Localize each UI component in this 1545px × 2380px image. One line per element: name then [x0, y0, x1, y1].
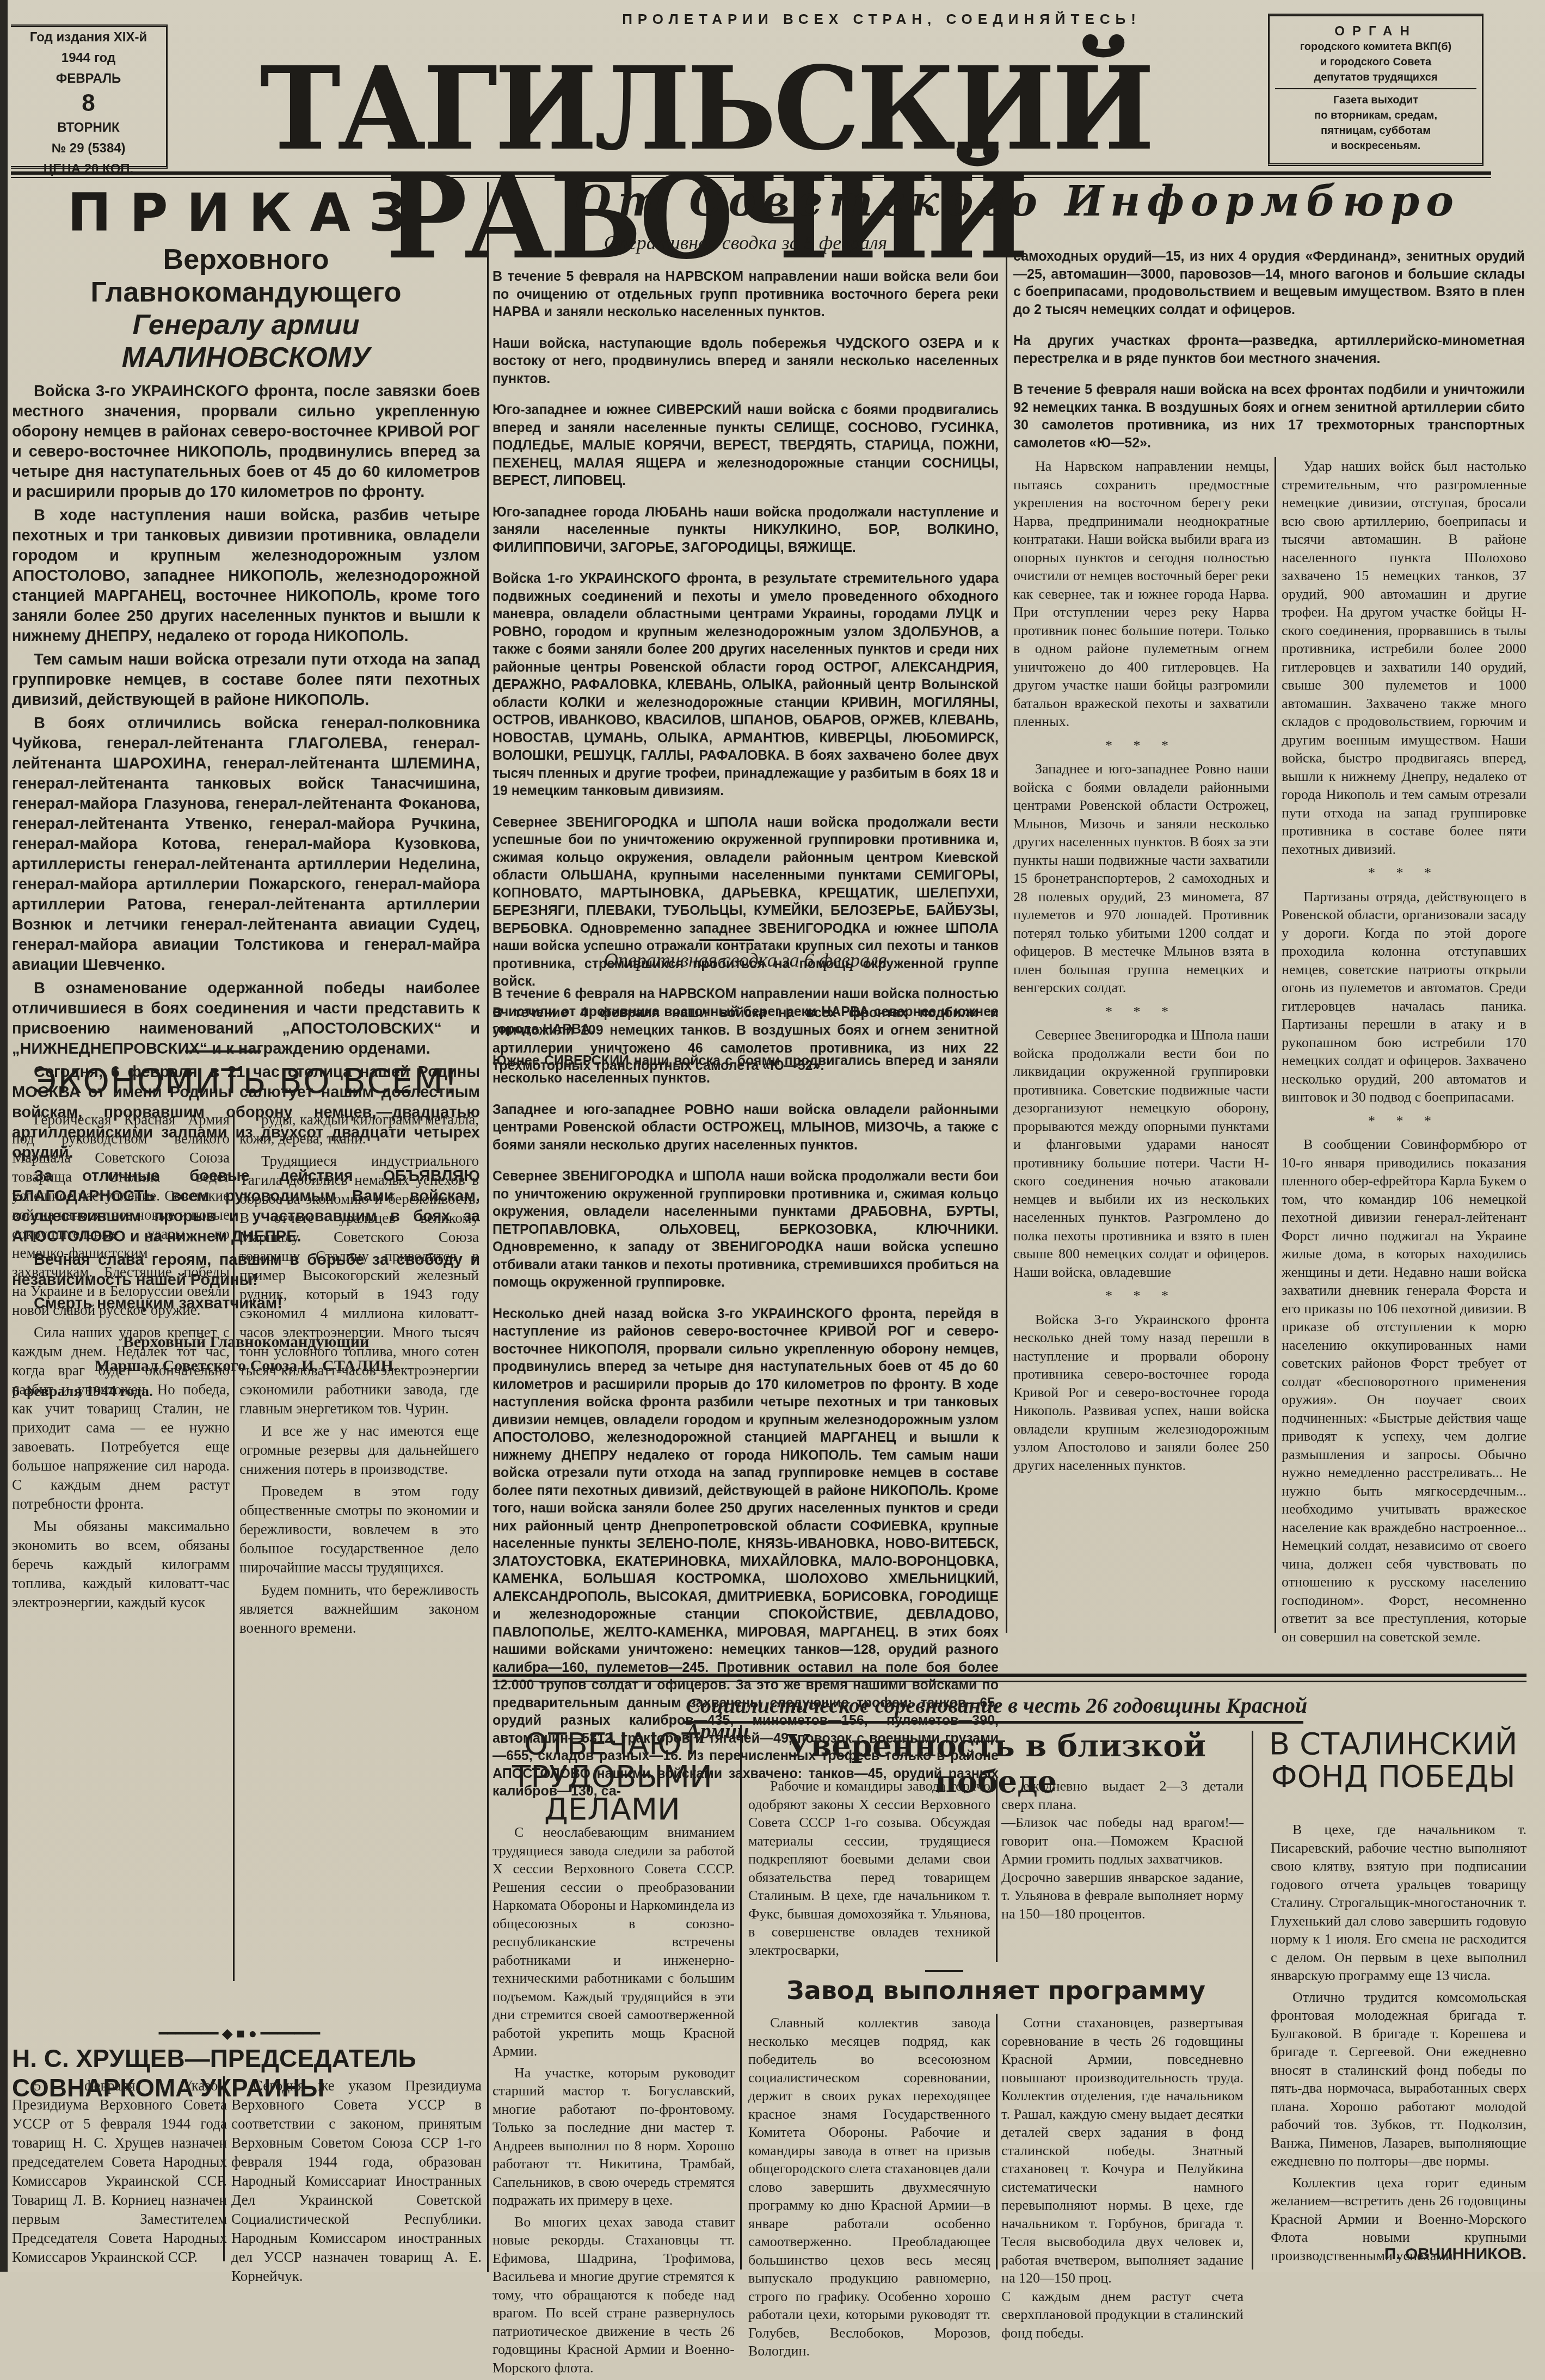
paragraph: Героическая Красная Армия под руководств… [12, 1110, 230, 1320]
paragraph: 5 февраля. Указом Президиума Верховного … [12, 2076, 227, 2267]
paragraph: Будем помнить, что бережливость является… [239, 1580, 479, 1638]
year-of-publication: Год издания XIX-й [11, 27, 166, 48]
confidence-column-1: Рабочие и командиры завода горячо одобря… [748, 1777, 990, 1963]
paragraph: Войска 3-го УКРАИНСКОГО фронта, после за… [12, 382, 480, 502]
fund-author: П. ОВЧИННИКОВ. [1271, 2245, 1526, 2264]
column-divider [1275, 457, 1276, 1633]
paragraph: С неослабевающим вниманием трудящиеся за… [493, 1823, 735, 2061]
binding-edge [0, 0, 8, 2272]
star-separator: * * * [1282, 864, 1526, 882]
summary-feb5-title: Оперативная сводка за 5 февраля [493, 231, 999, 254]
summary-feb5-continued: самоходных орудий—15, из них 4 орудия «Ф… [1013, 234, 1525, 465]
column-divider [223, 2076, 225, 2261]
right-column-b: Удар наших войск был настолько стремител… [1282, 457, 1526, 1649]
paragraph: Мы обязаны максимально экономить во всем… [12, 1517, 230, 1612]
column-divider [233, 1110, 235, 1981]
paragraph: На Нарвском направлении немцы, пытаясь с… [1013, 457, 1269, 731]
section-rule [493, 1674, 1526, 1677]
star-separator: * * * [1282, 1112, 1526, 1130]
organ-box: ОРГАН городского комитета ВКП(б) и город… [1268, 14, 1484, 166]
fund-body: В цехе, где начальником т. Писаревский, … [1271, 1821, 1526, 2268]
schedule-line: и воскресеньям. [1270, 138, 1482, 153]
answer-body: С неослабевающим вниманием трудящиеся за… [493, 1823, 735, 2272]
paragraph: Сила наших ударов крепнет с каждым днем.… [12, 1323, 230, 1514]
issue-number: № 29 (5384) [11, 138, 166, 159]
plant-column-1: Славный коллектив завода несколько месяц… [748, 2014, 990, 2272]
economy-heading: ЭКОНОМИТЬ ВО ВСЕМ! [12, 1061, 480, 1101]
issue-date-box: Год издания XIX-й 1944 год ФЕВРАЛЬ 8 ВТО… [11, 24, 168, 169]
day: 8 [11, 89, 166, 118]
paragraph: В течение 5 февраля на НАРВСКОМ направле… [493, 268, 999, 321]
weekday: ВТОРНИК [11, 118, 166, 138]
ornament-divider: ━━━━━━━ ◆ ■ ● ━━━━━━━ [131, 2026, 348, 2042]
paragraph: Сотни стахановцев, развертывая соревнова… [1001, 2014, 1244, 2272]
paragraph: В течение 5 февраля наши войска на всех … [1013, 381, 1525, 452]
paragraph: В сообщении Совинформбюро от 10-го январ… [1282, 1135, 1526, 1646]
fund-heading: В СТАЛИНСКИЙ ФОНД ПОБЕДЫ [1257, 1728, 1529, 1793]
paragraph: Южнее СИВЕРСКИЙ наши войска с боями прод… [493, 1052, 999, 1087]
paragraph: Отлично трудится комсомольская фронтовая… [1271, 1988, 1526, 2170]
paragraph: На участке, которым руководит старший ма… [493, 2064, 735, 2210]
paragraph: И все же у нас имеются еще огромные резе… [239, 1422, 479, 1479]
divider [699, 939, 754, 941]
schedule-line: Газета выходит [1270, 93, 1482, 108]
paragraph: самоходных орудий—15, из них 4 орудия «Ф… [1013, 248, 1525, 318]
newspaper-page: Год издания XIX-й 1944 год ФЕВРАЛЬ 8 ВТО… [0, 0, 1545, 2272]
year: 1944 год [11, 48, 166, 69]
star-separator: * * * [1013, 1003, 1269, 1021]
organ-line: депутатов трудящихся [1270, 70, 1482, 85]
paragraph: Во многих цехах завода ставит новые реко… [493, 2213, 735, 2272]
khrushchev-column-1: 5 февраля. Указом Президиума Верховного … [12, 2076, 227, 2270]
confidence-column-2: ежедневно выдает 2—3 детали сверх плана.… [1001, 1777, 1244, 1926]
column-divider [740, 1725, 742, 2270]
economy-column-2: руды, каждый килограмм металла, кожи, де… [239, 1110, 479, 1641]
paragraph: Западнее и юго-западнее РОВНО наши войск… [493, 1101, 999, 1154]
paragraph: Севернее Звенигородка и Шпола наши войск… [1013, 1026, 1269, 1281]
column-divider [1006, 234, 1007, 1633]
paragraph: Тем самым наши войска отрезали пути отхо… [12, 650, 480, 710]
paragraph: В ознаменование одержанной победы наибол… [12, 979, 480, 1059]
sovinformburo-heading: От Советского Информбюро [493, 177, 1543, 225]
paragraph: Юго-западнее города ЛЮБАНЬ наши войска п… [493, 503, 999, 557]
order-heading: ПРИКАЗ [12, 182, 480, 243]
answer-heading: ОТВЕЧАЮТ ТРУДОВЫМИ ДЕЛАМИ [493, 1728, 732, 1826]
schedule-line: пятницам, субботам [1270, 123, 1482, 138]
summary-feb6-body: В течение 6 февраля на НАРВСКОМ направле… [493, 985, 999, 1800]
motto: ПРОЛЕТАРИИ ВСЕХ СТРАН, СОЕДИНЯЙТЕСЬ! [582, 11, 1181, 28]
banner-underline [683, 1721, 1303, 1724]
order-subheading: Верховного Главнокомандующего [12, 243, 480, 309]
paragraph: Юго-западнее и южнее СИВЕРСКИЙ наши войс… [493, 401, 999, 490]
divider [185, 1050, 261, 1053]
paragraph: В течение 6 февраля на НАРВСКОМ направле… [493, 985, 999, 1038]
khrushchev-column-2: Сегодня же указом Президиума Верховного … [231, 2076, 482, 2272]
paragraph: Войска 3-го Украинского фронта несколько… [1013, 1311, 1269, 1475]
paragraph: В боях отличились войска генерал-полковн… [12, 714, 480, 975]
paragraph: Славный коллектив завода несколько месяц… [748, 2014, 990, 2272]
paragraph: Западнее и юго-западнее Ровно наши войск… [1013, 760, 1269, 997]
column-divider [996, 1777, 998, 1962]
paragraph: руды, каждый килограмм металла, кожи, де… [239, 1110, 479, 1148]
paragraph: На других участках фронта—разведка, арти… [1013, 332, 1525, 367]
summary-feb6: Оперативная сводка за 6 февраля В течени… [493, 939, 999, 1814]
economy-column-1: Героическая Красная Армия под руководств… [12, 1110, 230, 1615]
organ-heading: ОРГАН [1270, 24, 1482, 39]
paragraph: Проведем в этом году общественные смотры… [239, 1482, 479, 1577]
paragraph: Войска 1-го УКРАИНСКОГО фронта, в резуль… [493, 570, 999, 800]
right-column-a: На Нарвском направлении немцы, пытаясь с… [1013, 457, 1269, 1478]
divider [925, 1970, 963, 1972]
paragraph: Трудящиеся индустриального Тагила добили… [239, 1152, 479, 1418]
paragraph: Удар наших войск был настолько стремител… [1282, 457, 1526, 858]
paragraph: Рабочие и командиры завода горячо одобря… [748, 1777, 990, 1959]
section-rule [493, 1681, 1526, 1682]
month: ФЕВРАЛЬ [11, 69, 166, 89]
summary-feb5-cont-body: самоходных орудий—15, из них 4 орудия «Ф… [1013, 248, 1525, 452]
divider [1275, 88, 1476, 89]
column-divider [487, 182, 489, 2272]
organ-line: городского комитета ВКП(б) [1270, 39, 1482, 54]
plant-column-2: Сотни стахановцев, развертывая соревнова… [1001, 2014, 1244, 2272]
star-separator: * * * [1013, 1287, 1269, 1305]
column-divider [1252, 1731, 1253, 2270]
paragraph: Наши войска, наступающие вдоль побережья… [493, 335, 999, 388]
paragraph: В ходе наступления наши войска, разбив ч… [12, 506, 480, 647]
column-divider [996, 2014, 998, 2270]
plant-heading: Завод выполняет программу [746, 1976, 1246, 2005]
paragraph: В цехе, где начальником т. Писаревский, … [1271, 1821, 1526, 1985]
paragraph: Сегодня же указом Президиума Верховного … [231, 2076, 482, 2272]
economy-article: ЭКОНОМИТЬ ВО ВСЕМ! [12, 1061, 480, 1101]
masthead-rule [11, 171, 1491, 175]
star-separator: * * * [1013, 736, 1269, 755]
order-addressee: Генералу армии МАЛИНОВСКОМУ [12, 309, 480, 374]
paragraph: Севернее ЗВЕНИГОРОДКА и ШПОЛА наши войск… [493, 1167, 999, 1292]
paragraph: ежедневно выдает 2—3 детали сверх плана.… [1001, 1777, 1244, 1923]
paragraph: Партизаны отряда, действующего в Ровенск… [1282, 888, 1526, 1106]
organ-line: и городского Совета [1270, 54, 1482, 70]
summary-feb6-title: Оперативная сводка за 6 февраля [493, 949, 999, 971]
schedule-line: по вторникам, средам, [1270, 108, 1482, 123]
